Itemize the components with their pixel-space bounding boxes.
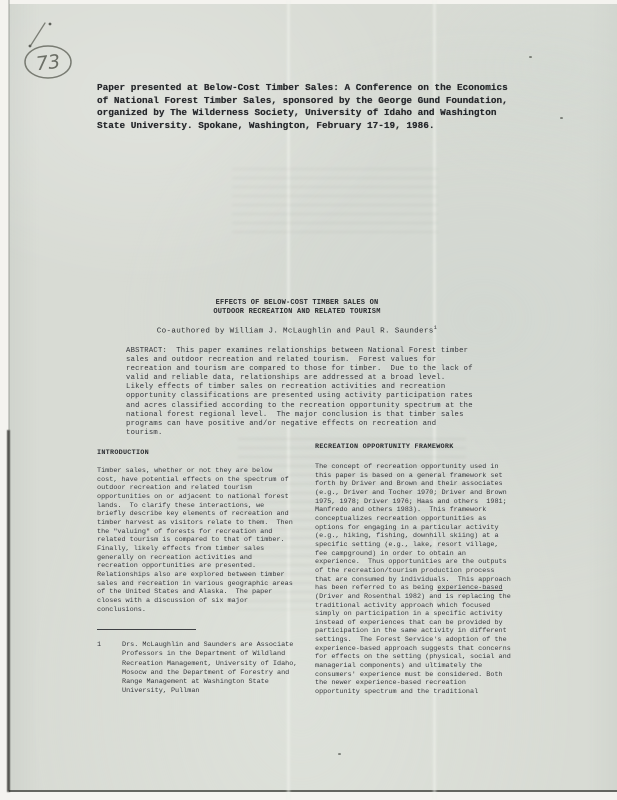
text-line: has been referred to as being experience… [315,584,521,593]
text-line: lands. To clarify these interactions, we [97,502,299,511]
text-line: participation in the same activity in di… [315,627,521,636]
text-line: 1975, 1978; Driver 1976; Haas and others… [315,498,521,507]
text-line: closes with a discussion of six major [97,597,299,606]
introduction-body: Timber sales, whether or not they are be… [97,467,299,614]
framework-heading: RECREATION OPPORTUNITY FRAMEWORK [315,443,521,451]
text-line: of National Forest Timber Sales, sponsor… [97,95,508,108]
paper-title: EFFECTS OF BELOW-COST TIMBER SALES ONOUT… [97,299,497,317]
text-line: Likely effects of timber sales on recrea… [126,383,473,392]
text-line: cost, have potential effects on the spec… [97,476,299,485]
text-line: sales and recreation in various geograph… [97,580,299,589]
introduction-heading: INTRODUCTION [97,449,299,457]
abstract: ABSTRACT: This paper examines relationsh… [126,347,473,438]
text-line: the newer experience-based recreation [315,679,521,688]
text-line: sales and outdoor recreation and related… [126,356,473,365]
footnote-text: Drs. McLaughlin and Saunders are Associa… [122,641,297,697]
text-line: this paper is based on a general framewo… [315,472,521,481]
text-line: forth by Driver and Brown and their asso… [315,480,521,489]
text-line: conclusions. [97,606,299,615]
text-line: for effects on the setting (physical, so… [315,653,521,662]
framework-section: RECREATION OPPORTUNITY FRAMEWORK The con… [315,443,521,697]
text-line: fee campground) in order to obtain an [315,550,521,559]
page-number-text: 73 [35,51,62,76]
text-line: of the recreation/tourism production pro… [315,567,521,576]
paper-left-edge [8,0,10,430]
text-line: options for engaging in a particular act… [315,524,521,533]
paper-left-edge-shadow [7,430,10,792]
text-line: of the United States and Alaska. The pap… [97,588,299,597]
scan-speck [338,753,341,755]
text-line: organized by The Wilderness Society, Uni… [97,107,508,120]
text-line: managerial components) and ultimately th… [315,662,521,671]
text-line: Timber sales, whether or not they are be… [97,467,299,476]
text-line: Manfredo and others 1983). This framewor… [315,506,521,515]
introduction-section: INTRODUCTION Timber sales, whether or no… [97,449,299,614]
title-block: EFFECTS OF BELOW-COST TIMBER SALES ONOUT… [97,299,497,336]
text-line: Recreation Management, University of Ida… [122,660,297,669]
text-line: opportunities on or adjacent to national… [97,493,299,502]
footnote-marker: 1 [97,641,122,697]
scan-page: { "annotations": { "page_number": "73" }… [0,0,617,800]
text-line: Professors in the Department of Wildland [122,650,297,659]
text-line: recreation and tourism are compared to t… [126,365,473,374]
text-line: experience-based approach suggests that … [315,645,521,654]
text-line: outdoor recreation and related tourism [97,484,299,493]
scan-speck [529,56,532,58]
text-line: tourism. [126,429,473,438]
footnote: 1 Drs. McLaughlin and Saunders are Assoc… [97,629,307,697]
text-line: Range Management at Washington State [122,678,297,687]
footnote-separator [97,629,196,630]
text-line: settings. The Forest Service's adoption … [315,636,521,645]
text-line: (e.g., hiking, fishing, downhill skiing)… [315,532,521,541]
text-line: ABSTRACT: This paper examines relationsh… [126,347,473,356]
text-line: timber harvest as visitors relate to the… [97,519,299,528]
byline: Co-authored by William J. McLaughlin and… [97,324,497,336]
text-line: generally on recreation activities and [97,554,299,563]
framework-body: The concept of recreation opportunity us… [315,463,521,697]
text-line: University, Pullman [122,687,297,696]
text-line: recreation opportunities are presented. [97,562,299,571]
text-line: experience. Thus opportunities are the o… [315,558,521,567]
text-line: related tourism is compared to that of t… [97,536,299,545]
text-line: national forest regional level. The majo… [126,411,473,420]
header-note: Paper presented at Below-Cost Timber Sal… [97,82,508,133]
text-line: consumers' experience must be considered… [315,671,521,680]
text-line: that are consumed by individuals. This a… [315,576,521,585]
text-line: (e.g., Driver and Tocher 1970; Driver an… [315,489,521,498]
text-line: and acres classified according to the re… [126,402,473,411]
text-line: Finally, likely effects from timber sale… [97,545,299,554]
text-line: traditional activity approach which focu… [315,602,521,611]
text-line: opportunity classifications are presente… [126,392,473,401]
byline-footnote-marker: 1 [434,324,438,331]
text-line: Paper presented at Below-Cost Timber Sal… [97,82,508,95]
text-line: (Driver and Rosenthal 1982) and is repla… [315,593,521,602]
text-line: State University. Spokane, Washington, F… [97,120,508,133]
byline-text: Co-authored by William J. McLaughlin and… [157,328,434,336]
text-line: the "valuing" of forests for recreation … [97,528,299,537]
text-line: valid and reliable data, relationships a… [126,374,473,383]
scan-speck [560,117,563,119]
text-line: conceptualizes recreation opportunities … [315,515,521,524]
text-line: Drs. McLaughlin and Saunders are Associa… [122,641,297,650]
text-line: simply on participation in a specific ac… [315,610,521,619]
text-line: specific setting (e.g., lake, resort vil… [315,541,521,550]
handwritten-page-number-annotation: 73 [12,12,84,84]
text-line: EFFECTS OF BELOW-COST TIMBER SALES ON [97,299,497,308]
text-line: programs can have positive and/or negati… [126,420,473,429]
text-line: briefly describe key elements of recreat… [97,510,299,519]
text-line: Relationships also are explored between … [97,571,299,580]
text-line: instead of experiences that can be provi… [315,619,521,628]
text-line: The concept of recreation opportunity us… [315,463,521,472]
text-line: Mosocw and the Department of Forestry an… [122,669,297,678]
text-line: opportunity spectrum and the traditional [315,688,521,697]
text-line: OUTDOOR RECREATION AND RELATED TOURISM [97,308,497,317]
